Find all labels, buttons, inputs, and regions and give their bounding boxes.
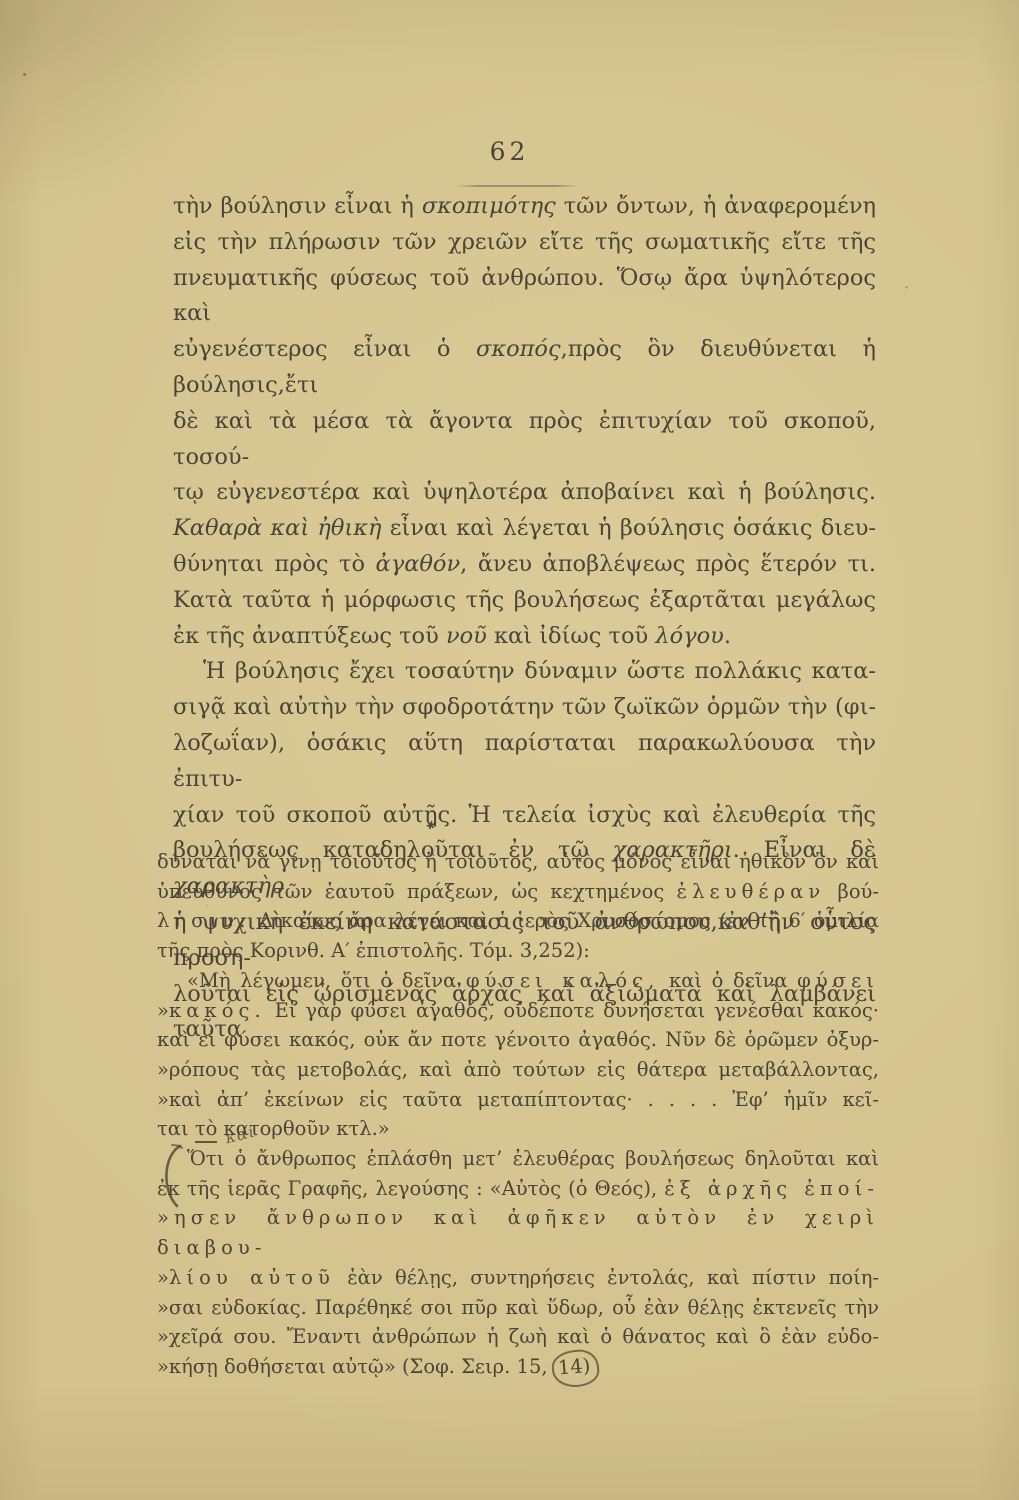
pencil-underlined-word: τὸ [195,1117,218,1143]
text-segment: εἶναι καὶ λέγεται ἡ βούλησις ὁσάκις διευ… [382,515,877,541]
text-segment: λοζωΐαν), ὁσάκις αὕτη παρίσταται παρακωλ… [173,730,876,792]
text-segment: σιγᾷ καὶ αὐτὴν τὴν σφοδροτάτην τῶν ζωϊκῶ… [173,694,876,720]
letterspaced-text-segment: φύσει καλός, [466,969,660,992]
letterspaced-text-segment: ἐλευθέραν [677,880,826,903]
text-segment: καὶ ὁ δεῖνα [659,969,797,992]
text-line: τῆς πρὸς Κορινθ. Α′ ἐπιστολῆς. Τόμ. 3,25… [157,936,879,966]
pencil-circled-text: 14) [550,1348,600,1389]
italic-text-segment: ἀγαθόν [376,551,461,577]
text-line: »κήσῃ δοθήσεται αὐτῷ» (Σοφ. Σειρ. 15, 14… [157,1352,879,1382]
text-line: ἐκ τῆς ἱερᾶς Γραφῆς, λεγούσης : «Αὐτὸς (… [157,1174,879,1204]
text-segment: »χεῖρά σου. Ἔναντι ἀνθρώπων ἡ ζωὴ καὶ ὁ … [157,1325,879,1348]
text-segment: Εἰ γὰρ φύσει ἀγαθός, οὐδέποτε δυνήσεται … [266,999,879,1022]
page-number: 62 [0,137,1019,166]
text-line: πνευματικῆς φύσεως τοῦ ἀνθρώπου. Ὅσῳ ἄρα… [173,261,876,333]
text-segment: τὴν βούλησιν εἶναι ἡ [173,193,422,219]
text-line: λησιν. Δικαίως ἄρα λέγει καὶ ὁ ἱερὸς Χρυ… [157,906,879,936]
text-segment: ὑπεύθυνος τῶν ἑαυτοῦ πράξεων, ὡς κεχτημέ… [157,880,677,903]
text-segment: δύναται νὰ γίνῃ τοιοῦτος ἢ τοιοῦτος, αὐτ… [157,850,879,873]
text-line: Κατὰ ταῦτα ἡ μόρφωσις τῆς βουλήσεως ἐξαρ… [173,583,876,619]
italic-text-segment: Καθαρὰ καὶ ἠθικὴ [173,515,382,541]
italic-text-segment: νοῦ [446,623,487,649]
letterspaced-text-segment: λησιν. [157,909,250,932]
text-segment: »καὶ ἀπ’ ἐκείνων εἰς ταῦτα μεταπίπτοντας… [157,1088,879,1111]
text-line: δὲ καὶ τὰ μέσα τὰ ἄγοντα πρὸς ἐπιτυχίαν … [173,404,876,476]
text-segment: ἐὰν θέλῃς, συντηρήσεις ἐντολάς, καὶ πίστ… [335,1266,879,1289]
text-segment: τῆς πρὸς Κορινθ. Α′ ἐπιστολῆς. Τόμ. 3,25… [157,939,590,962]
text-segment: » [157,999,169,1022]
text-line: Καθαρὰ καὶ ἠθικὴ εἶναι καὶ λέγεται ἡ βού… [173,511,876,547]
footnote-block: δύναται νὰ γίνῃ τοιοῦτος ἢ τοιοῦτος, αὐτ… [157,847,879,1382]
text-line: θύνηται πρὸς τὸ ἀγαθόν, ἄνευ ἀποβλέψεως … [173,547,876,583]
text-line: ὑπεύθυνος τῶν ἑαυτοῦ πράξεων, ὡς κεχτημέ… [157,877,879,907]
text-line: χίαν τοῦ σκοποῦ αὐτῆς. Ἡ τελεία ἰσχὺς κα… [173,798,876,834]
text-segment: »κήσῃ δοθήσεται αὐτῷ» (Σοφ. Σειρ. 15, [157,1355,554,1378]
text-segment: Ὅτι ὁ ἄνθρωπος ἐπλάσθη μετ’ ἐλευθέρας βο… [187,1147,879,1170]
text-line: ἐκ τῆς ἀναπτύξεως τοῦ νοῦ καὶ ἰδίως τοῦ … [173,619,876,655]
text-line: »ρόπους τὰς μετοβολάς, καὶ ἀπὸ τούτων εἰ… [157,1055,879,1085]
italic-text-segment: λόγου [655,623,723,649]
text-line: Ὅτι ὁ ἄνθρωπος ἐπλάσθη μετ’ ἐλευθέρας βο… [157,1144,879,1174]
text-line: καὶ εἰ φύσει κακός, οὐκ ἄν ποτε γένοιτο … [157,1025,879,1055]
letterspaced-text-segment: λίου αὐτοῦ [169,1266,335,1289]
italic-text-segment: σκοπιμότης [422,193,556,219]
text-segment: Δικαίως ἄρα λέγει καὶ ὁ ἱερὸς Χρυσόστομο… [250,909,879,932]
text-line: Ἡ βούλησις ἔχει τοσαύτην δύναμιν ὥστε πο… [173,654,876,690]
paper-specks [0,0,3,3]
text-line: «Μὴ λέγωμεν, ὅτι ὁ δεῖνα φύσει καλός, κα… [157,966,879,996]
text-line: ται τὸ κατορθοῦν κτλ.» [157,1114,879,1144]
text-segment: «Μὴ λέγωμεν, ὅτι ὁ δεῖνα [187,969,466,992]
text-segment: ἐκ τῆς ἱερᾶς Γραφῆς, λεγούσης : «Αὐτὸς (… [157,1177,664,1200]
text-segment: τῶν ὄντων, ἡ ἀναφερομένη [556,193,876,219]
text-line: »λίου αὐτοῦ ἐὰν θέλῃς, συντηρήσεις ἐντολ… [157,1263,879,1293]
text-segment: δὲ καὶ τὰ μέσα τὰ ἄγοντα πρὸς ἐπιτυχίαν … [173,408,876,470]
text-segment: Κατὰ ταῦτα ἡ μόρφωσις τῆς βουλήσεως ἐξαρ… [173,587,876,613]
text-segment: Ἡ βούλησις ἔχει τοσαύτην δύναμιν ὥστε πο… [203,658,876,684]
text-segment: » [157,1266,169,1289]
text-line: »κακός. Εἰ γὰρ φύσει ἀγαθός, οὐδέποτε δυ… [157,996,879,1026]
text-line: δύναται νὰ γίνῃ τοιοῦτος ἢ τοιοῦτος, αὐτ… [157,847,879,877]
text-line: »καὶ ἀπ’ ἐκείνων εἰς ταῦτα μεταπίπτοντας… [157,1085,879,1115]
letterspaced-text-segment: κακός. [169,999,266,1022]
letterspaced-text-segment: φύσει [797,969,879,992]
text-segment: χίαν τοῦ σκοποῦ αὐτῆς. Ἡ τελεία ἰσχὺς κα… [173,802,876,828]
text-segment: τῳ εὐγενεστέρα καὶ ὑψηλοτέρα ἀποβαίνει κ… [173,479,876,505]
text-line: εὐγενέστερος εἶναι ὁ σκοπός,πρὸς ὃν διευ… [173,332,876,404]
text-segment: »σαι εὐδοκίας. Παρέθηκέ σοι πῦρ καὶ ὕδωρ… [157,1296,879,1319]
italic-text-segment: σκοπός [476,336,561,362]
text-segment: πνευματικῆς φύσεως τοῦ ἀνθρώπου. Ὅσῳ ἄρα… [173,265,876,327]
text-line: »χεῖρά σου. Ἔναντι ἀνθρώπων ἡ ζωὴ καὶ ὁ … [157,1322,879,1352]
text-line: τὴν βούλησιν εἶναι ἡ σκοπιμότης τῶν ὄντω… [173,189,876,225]
text-line: λοζωΐαν), ὁσάκις αὕτη παρίσταται παρακωλ… [173,726,876,798]
text-line: σιγᾷ καὶ αὐτὴν τὴν σφοδροτάτην τῶν ζωϊκῶ… [173,690,876,726]
page-number-rule [456,185,578,187]
text-line: εἰς τὴν πλήρωσιν τῶν χρειῶν εἴτε τῆς σωμ… [173,225,876,261]
text-segment: ἐκ τῆς ἀναπτύξεως τοῦ [173,623,446,649]
text-line: »σαι εὐδοκίας. Παρέθηκέ σοι πῦρ καὶ ὕδωρ… [157,1293,879,1323]
text-segment: καὶ εἰ φύσει κακός, οὐκ ἄν ποτε γένοιτο … [157,1028,879,1051]
text-segment: »ρόπους τὰς μετοβολάς, καὶ ἀπὸ τούτων εἰ… [157,1058,879,1081]
text-segment: , ἄνευ ἀποβλέψεως πρὸς ἕτερόν τι. [460,551,876,577]
text-segment: εἰς τὴν πλήρωσιν τῶν χρειῶν εἴτε τῆς σωμ… [173,229,876,255]
text-segment: βού- [825,880,879,903]
text-segment: καὶ ἰδίως τοῦ [487,623,656,649]
pencil-margin-paren-annotation [158,1143,184,1209]
letterspaced-text-segment: »ησεν ἄνθρωπον καὶ ἀφῆκεν αὐτὸν ἐν χειρὶ… [157,1206,879,1259]
text-segment: θύνηται πρὸς τὸ [173,551,376,577]
text-segment: . [724,623,731,649]
text-line: τῳ εὐγενεστέρα καὶ ὑψηλοτέρα ἀποβαίνει κ… [173,475,876,511]
letterspaced-text-segment: ἐξ ἀρχῆς ἐποί- [664,1177,879,1200]
text-line: »ησεν ἄνθρωπον καὶ ἀφῆκεν αὐτὸν ἐν χειρὶ… [157,1203,879,1262]
text-segment: ται [157,1117,195,1140]
text-segment: εὐγενέστερος εἶναι ὁ [173,336,476,362]
book-page-scan: 62 τὴν βούλησιν εἶναι ἡ σκοπιμότης τῶν ὄ… [0,0,1019,1500]
